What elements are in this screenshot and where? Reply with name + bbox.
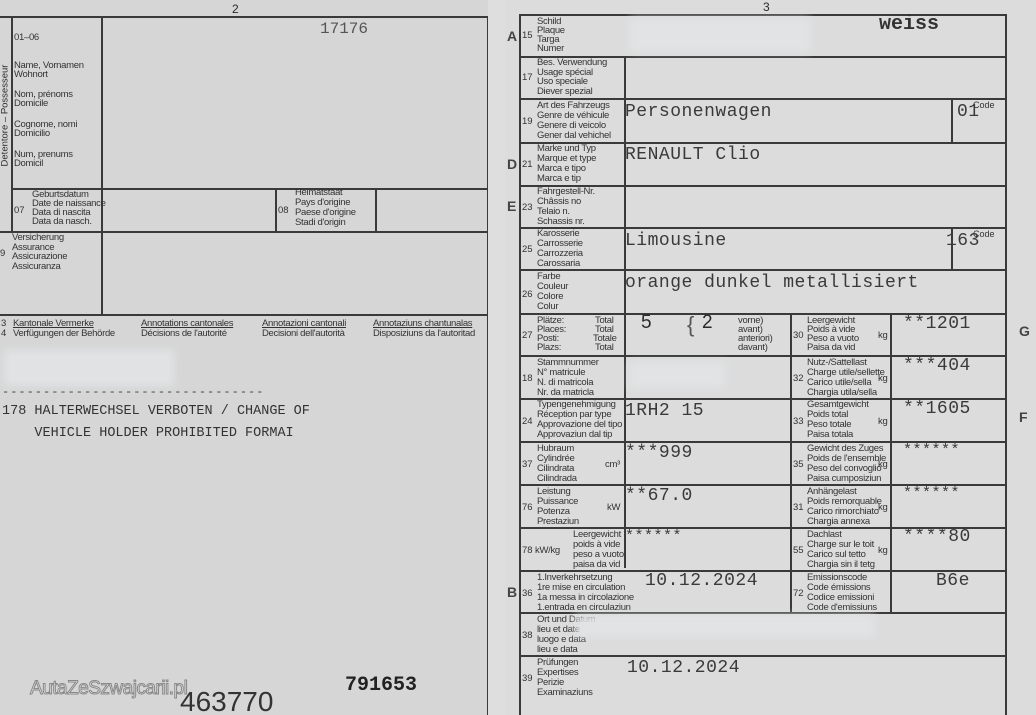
f76-number: 76 <box>522 502 533 513</box>
annotation-number-4: 4 <box>1 328 6 339</box>
f19-label: Gener dal vehichel <box>537 131 611 141</box>
remark-line-1: 178 HALTERWECHSEL VERBOTEN / CHANGE OF <box>2 404 310 419</box>
f78-label: paisa da vid <box>573 560 620 570</box>
plate-redacted <box>630 18 810 52</box>
f17-number: 17 <box>522 72 533 83</box>
annotation-sub-de: Verfügungen der Behörde <box>13 329 115 339</box>
side-letter-d: D <box>507 156 517 172</box>
holder-value-field[interactable] <box>104 20 484 186</box>
field08-border <box>275 188 277 231</box>
roof-load-value: ****80 <box>903 527 971 547</box>
brace-icon: { <box>687 312 694 338</box>
page-number-right: 3 <box>763 0 770 14</box>
f38-number: 38 <box>522 630 533 641</box>
field07-label-rm: Data da nasch. <box>32 217 92 227</box>
f30-label: Paisa da vid <box>807 343 855 353</box>
label-column-border <box>101 16 103 314</box>
f30-unit: kg <box>878 331 887 341</box>
displacement-value: ***999 <box>625 443 693 463</box>
f15-label: Numer <box>537 44 564 54</box>
f24-label: Approvaziun dal tip <box>537 430 612 440</box>
make-model-value: RENAULT Clio <box>625 145 761 165</box>
f23-number: 23 <box>522 202 533 213</box>
annotation-sub-rm: Disposiziuns da l'autoritad <box>373 329 475 339</box>
f21-number: 21 <box>522 159 533 170</box>
f25-number: 25 <box>522 244 533 255</box>
f39-label: Examinaziuns <box>537 688 593 698</box>
holder-label-it-2: Domicilio <box>14 129 50 139</box>
bottom-number-bold: 791653 <box>345 674 417 697</box>
f33-number: 33 <box>793 416 804 427</box>
f26-number: 26 <box>522 289 533 300</box>
f36-number: 36 <box>522 588 533 599</box>
f31-unit: kg <box>878 503 887 513</box>
f27-number: 27 <box>522 330 533 341</box>
f17-label: Diever spezial <box>537 87 592 97</box>
holder-label-fr-2: Domicile <box>14 99 48 109</box>
total-weight-value: **1605 <box>903 399 971 419</box>
f55-label: Chargia sin il tetg <box>807 560 875 570</box>
f27-total-label: Total <box>595 343 614 353</box>
holder-range: 01–06 <box>14 33 39 43</box>
payload-value: ***404 <box>903 356 971 376</box>
f78-unit: kW/kg <box>535 546 560 556</box>
f55-unit: kg <box>878 546 887 556</box>
seats-front-value: 2 <box>702 312 713 334</box>
f21-label: Marca e tip <box>537 174 581 184</box>
f35-label: Paisa cumposiziun <box>807 474 881 484</box>
side-letter-a: A <box>507 28 517 44</box>
seats-total-value: 5 <box>641 312 652 334</box>
place-date-redacted <box>575 615 875 637</box>
field08-number: 08 <box>278 205 289 216</box>
table-right <box>1005 14 1007 715</box>
f72-number: 72 <box>793 588 804 599</box>
emission-code-value: B6e <box>936 571 970 591</box>
f18-number: 18 <box>522 373 533 384</box>
f78-number: 78 <box>522 545 533 556</box>
side-letter-f: F <box>1019 409 1028 425</box>
f76-label: Prestaziun <box>537 517 579 527</box>
f32-label: Chargia utila/sella <box>807 388 877 398</box>
remark-line-2: VEHICLE HOLDER PROHIBITED FORMAI <box>2 426 294 441</box>
f32-number: 32 <box>793 373 804 384</box>
holder-label-de-2: Wohnort <box>14 70 48 80</box>
frame-top <box>0 16 488 18</box>
code-label: Code <box>973 100 995 110</box>
f37-number: 37 <box>522 459 533 470</box>
right-page: 3 A D E B G F 15 Schild Plaque Targa Num… <box>505 0 1036 715</box>
f24-number: 24 <box>522 416 533 427</box>
f25-label: Carossaria <box>537 259 580 269</box>
field07-number: 07 <box>14 205 25 216</box>
f32-unit: kg <box>878 374 887 384</box>
side-letter-b: B <box>507 584 517 600</box>
f30-number: 30 <box>793 330 804 341</box>
birthdate-value-field[interactable] <box>104 190 274 230</box>
row-divider-annotations <box>0 314 488 316</box>
field09-number: 9 <box>0 248 5 259</box>
f37-unit: cm³ <box>605 460 620 470</box>
table-left <box>519 14 521 715</box>
plate-color-value: weiss <box>879 13 939 36</box>
empty-weight-value: **1201 <box>903 314 971 334</box>
holder-label-rm-2: Domicil <box>14 159 43 169</box>
redacted-area <box>4 350 174 386</box>
f35-number: 35 <box>793 459 804 470</box>
f72-label: Code d'emissiuns <box>807 603 877 613</box>
f76-unit: kW <box>607 503 620 513</box>
trailer-load-value: ****** <box>903 485 960 502</box>
f31-number: 31 <box>793 502 804 513</box>
left-page: 2 17176 Detentore – Possesseur 01–06 Nam… <box>0 0 505 715</box>
f23-label: Schassis nr. <box>537 217 585 227</box>
power-weight-value: ****** <box>625 528 682 545</box>
origin-value-field[interactable] <box>378 190 484 230</box>
inspection-date-value: 10.12.2024 <box>627 658 740 678</box>
dashed-separator: -------------------------------- <box>2 385 264 399</box>
f33-unit: kg <box>878 417 887 427</box>
type-approval-value: 1RH2 15 <box>625 401 704 421</box>
annotation-sub-it: Decisioni dell'autorità <box>262 329 345 339</box>
f15-number: 15 <box>522 30 533 41</box>
annotation-sub-fr: Décisions de l'autorité <box>141 329 227 339</box>
f33-label: Paisa totala <box>807 430 853 440</box>
bottom-number-large: 463770 <box>180 686 273 715</box>
first-registration-value: 10.12.2024 <box>645 571 758 591</box>
f27-label: Plazs: <box>537 343 561 353</box>
color-value: orange dunkel metallisiert <box>625 273 919 293</box>
f18-label: Nr. da matricla <box>537 388 594 398</box>
f31-label: Chargia annexa <box>807 517 870 527</box>
matricule-redacted <box>630 362 725 388</box>
holder-left-border <box>11 16 13 231</box>
field08-label-rm: Stadi d'origin <box>295 218 345 228</box>
page-number-left: 2 <box>232 2 239 16</box>
holder-side-label: Detentore – Possesseur <box>0 51 11 181</box>
f27-front-label: davant) <box>738 343 768 353</box>
side-letter-g: G <box>1019 323 1030 339</box>
train-weight-value: ****** <box>903 442 960 459</box>
f19-number: 19 <box>522 116 533 127</box>
code-label-2: Code <box>973 229 995 239</box>
f39-number: 39 <box>522 673 533 684</box>
side-letter-e: E <box>507 198 516 214</box>
vehicle-type-value: Personenwagen <box>625 102 772 122</box>
body-type-value: Limousine <box>625 231 727 251</box>
f37-label: Cilindrada <box>537 474 577 484</box>
f55-number: 55 <box>793 545 804 556</box>
insurance-value-field[interactable] <box>104 233 484 313</box>
f36-label: 1.entrada en circulaziun <box>537 603 631 613</box>
field09-label-rm: Assicuranza <box>12 262 60 272</box>
f38-label: lieu e data <box>537 645 578 655</box>
power-value: **67.0 <box>625 486 693 506</box>
watermark-text: AutaZeSzwajcarii.pl <box>30 678 187 700</box>
f35-unit: kg <box>878 460 887 470</box>
f26-label: Colur <box>537 302 558 312</box>
field08-value-border <box>375 188 377 231</box>
